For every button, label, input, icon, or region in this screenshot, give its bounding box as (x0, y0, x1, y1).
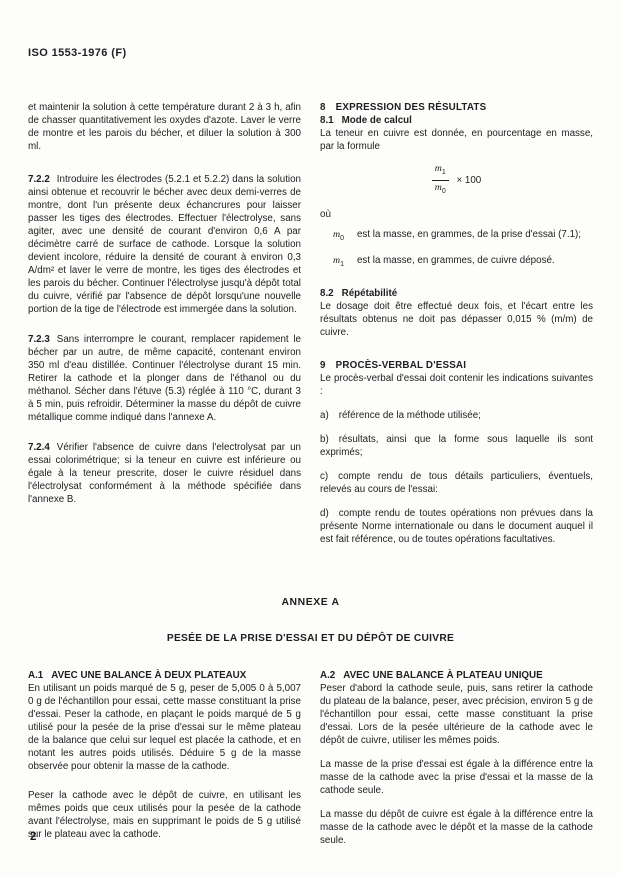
list-item-a: a)référence de la méthode utilisée; (320, 409, 593, 422)
annex-a1-paragraph-2: Peser la cathode avec le dépôt de cuivre… (28, 789, 301, 841)
section-7-2-2: 7.2.2Introduire les électrodes (5.2.1 et… (28, 173, 301, 316)
section-text: Introduire les électrodes (5.2.1 et 5.2.… (28, 174, 301, 315)
definition-m1: m1est la masse, en grammes, de cuivre dé… (320, 254, 593, 271)
document-page: ISO 1553-1976 (F) et maintenir la soluti… (0, 0, 621, 877)
list-item-d: d)compte rendu de toutes opérations non … (320, 507, 593, 546)
heading-a-1: A.1AVEC UNE BALANCE À DEUX PLATEAUX (28, 669, 301, 682)
subscript-1: 1 (442, 169, 446, 176)
item-label: a) (320, 410, 329, 421)
heading-title: PROCÈS-VERBAL D'ESSAI (336, 360, 466, 371)
item-text: référence de la méthode utilisée; (339, 410, 481, 421)
test-report-intro: Le procès-verbal d'essai doit contenir l… (320, 372, 593, 398)
document-reference: ISO 1553-1976 (F) (28, 47, 127, 59)
heading-title: AVEC UNE BALANCE À DEUX PLATEAUX (51, 670, 246, 681)
heading-number: A.2 (320, 670, 335, 681)
variable-m0: m (435, 182, 442, 193)
definition-variable: m0 (333, 229, 344, 240)
list-item-c: c)compte rendu de tous détails particuli… (320, 470, 593, 496)
heading-title: Répétabilité (342, 288, 398, 299)
heading-a-2: A.2AVEC UNE BALANCE À PLATEAU UNIQUE (320, 669, 593, 682)
heading-title: AVEC UNE BALANCE À PLATEAU UNIQUE (343, 670, 542, 681)
fraction: m1 m0 (432, 163, 449, 198)
subscript: 0 (340, 235, 344, 242)
where-label: où (320, 208, 593, 221)
definition-text: est la masse, en grammes, de cuivre dépo… (357, 255, 555, 266)
heading-8-2: 8.2Répétabilité (320, 287, 593, 300)
definition-variable: m1 (333, 255, 344, 266)
heading-number: 8.2 (320, 288, 334, 299)
item-text: compte rendu de tous détails particulier… (320, 471, 593, 495)
variable-m1: m (435, 163, 442, 174)
continuation-paragraph: et maintenir la solution à cette tempéra… (28, 101, 301, 153)
annex-subtitle: PESÉE DE LA PRISE D'ESSAI ET DU DÉPÔT DE… (28, 633, 593, 644)
subscript: 1 (340, 261, 344, 268)
annex-a: ANNEXE A PESÉE DE LA PRISE D'ESSAI ET DU… (28, 597, 593, 858)
section-number: 7.2.3 (28, 334, 50, 345)
page-number: 2 (30, 831, 36, 843)
copper-content-formula: m1 m0 × 100 (320, 163, 593, 198)
left-column: et maintenir la solution à cette tempéra… (28, 101, 301, 557)
annex-right-column: A.2AVEC UNE BALANCE À PLATEAU UNIQUE Pes… (320, 669, 593, 858)
annex-columns: A.1AVEC UNE BALANCE À DEUX PLATEAUX En u… (28, 669, 593, 858)
heading-title: Mode de calcul (342, 115, 412, 126)
heading-number: 8.1 (320, 115, 334, 126)
section-7-2-4: 7.2.4Vérifier l'absence de cuivre dans l… (28, 441, 301, 506)
body-columns: et maintenir la solution à cette tempéra… (28, 101, 593, 557)
heading-9: 9PROCÈS-VERBAL D'ESSAI (320, 359, 593, 372)
formula-multiplier: × 100 (456, 175, 481, 186)
heading-number: A.1 (28, 670, 43, 681)
heading-number: 8 (320, 102, 326, 113)
annex-a2-paragraph-2: La masse de la prise d'essai est égale à… (320, 758, 593, 797)
list-item-b: b)résultats, ainsi que la forme sous laq… (320, 433, 593, 459)
section-number: 7.2.2 (28, 174, 50, 185)
heading-8: 8EXPRESSION DES RÉSULTATS (320, 101, 593, 114)
section-text: Sans interrompre le courant, remplacer r… (28, 334, 301, 423)
annex-left-column: A.1AVEC UNE BALANCE À DEUX PLATEAUX En u… (28, 669, 301, 858)
heading-number: 9 (320, 360, 326, 371)
fraction-denominator: m0 (432, 181, 449, 198)
item-label: c) (320, 471, 328, 482)
annex-a2-paragraph-1: Peser d'abord la cathode seule, puis, sa… (320, 682, 593, 747)
section-number: 7.2.4 (28, 442, 50, 453)
definition-m0: m0est la masse, en grammes, de la prise … (320, 228, 593, 245)
subscript-0: 0 (442, 188, 446, 195)
annex-a2-paragraph-3: La masse du dépôt de cuivre est égale à … (320, 808, 593, 847)
section-text: Vérifier l'absence de cuivre dans l'elec… (28, 442, 301, 505)
formula-intro: La teneur en cuivre est donnée, en pourc… (320, 127, 593, 153)
item-text: compte rendu de toutes opérations non pr… (320, 508, 593, 545)
annex-a1-paragraph-1: En utilisant un poids marqué de 5 g, pes… (28, 682, 301, 773)
heading-title: EXPRESSION DES RÉSULTATS (336, 102, 487, 113)
item-label: d) (320, 508, 329, 519)
fraction-numerator: m1 (432, 163, 449, 181)
item-text: résultats, ainsi que la forme sous laque… (320, 434, 593, 458)
repeatability-text: Le dosage doit être effectué deux fois, … (320, 300, 593, 339)
definition-text: est la masse, en grammes, de la prise d'… (357, 229, 581, 240)
item-label: b) (320, 434, 329, 445)
section-7-2-3: 7.2.3Sans interrompre le courant, rempla… (28, 333, 301, 424)
right-column: 8EXPRESSION DES RÉSULTATS 8.1Mode de cal… (320, 101, 593, 557)
annex-title: ANNEXE A (28, 597, 593, 608)
heading-8-1: 8.1Mode de calcul (320, 114, 593, 127)
